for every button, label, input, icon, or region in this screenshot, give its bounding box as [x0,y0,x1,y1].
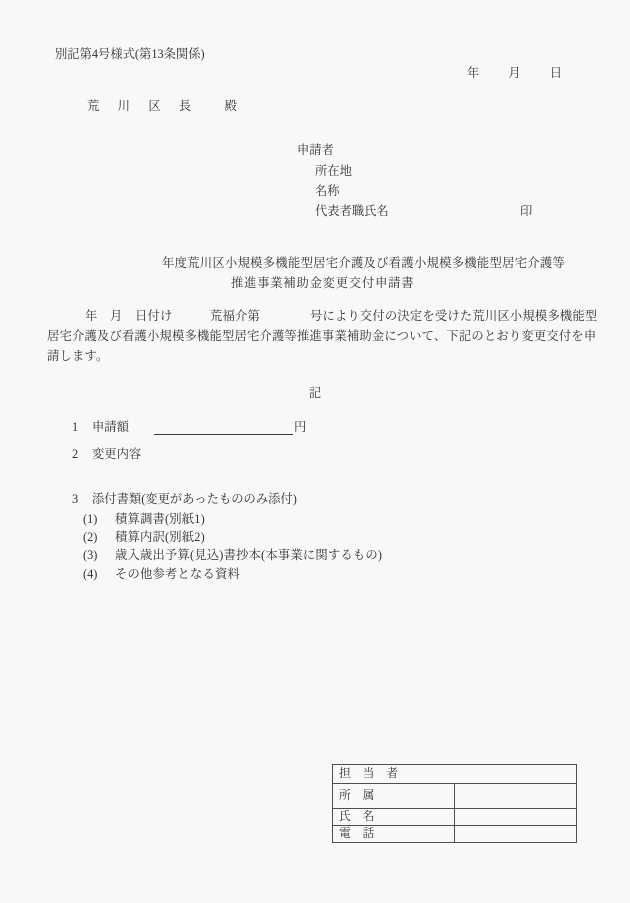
attachment-text: その他参考となる資料 [115,567,240,581]
form-number-note: 別記第4号様式(第13条関係) [55,47,205,61]
document-title-line2: 推進事業補助金変更交付申請書 [231,276,414,290]
item2-label: 変更内容 [92,447,141,461]
attachment-item: (3) 歳入歳出予算(見込)書抄本(本事業に関するもの) [83,548,543,562]
applicant-label: 申請者 [297,143,334,157]
table-row: 氏 名 [333,809,577,826]
name-value-cell [455,809,577,826]
table-row: 電 話 [333,826,577,843]
attachment-item: (2) 積算内訳(別紙2) [83,530,543,544]
applicant-address-label: 所在地 [315,164,352,178]
contact-table: 担 当 者 所 属 氏 名 電 話 [332,764,577,843]
item2-number: 2 [72,447,78,461]
department-label: 所 属 [333,784,455,809]
item3-label: 添付書類(変更があったもののみ添付) [92,492,297,506]
attachment-text: 積算調書(別紙1) [115,512,205,526]
document-title-line1: 年度荒川区小規模多機能型居宅介護及び看護小規模多機能型居宅介護等 [162,256,565,270]
attachment-item: (1) 積算調書(別紙1) [83,512,543,526]
attachment-marker: (3) [83,548,115,562]
phone-value-cell [455,826,577,843]
body-paragraph-line3: 請します。 [47,349,109,363]
attachment-marker: (1) [83,512,115,526]
amount-blank-field [154,421,293,435]
applicant-name-label: 名称 [315,184,340,198]
table-row: 所 属 [333,784,577,809]
contact-table-header-row: 担 当 者 [333,765,577,784]
applicant-representative-label: 代表者職氏名 [315,204,389,218]
department-value-cell [455,784,577,809]
item1-unit-label: 円 [294,420,306,434]
seal-mark: 印 [520,204,532,218]
phone-label: 電 話 [333,826,455,843]
item1-label: 申請額 [92,420,129,434]
document-page: { "theme": { "background": "#f8f8f8", "t… [0,0,630,903]
attachment-text: 歳入歳出予算(見込)書抄本(本事業に関するもの) [115,548,382,562]
record-marker: 記 [0,386,630,400]
attachment-item: (4) その他参考となる資料 [83,567,543,581]
attachment-marker: (4) [83,567,115,581]
attachment-marker: (2) [83,530,115,544]
body-paragraph-line2: 居宅介護及び看護小規模多機能型居宅介護等推進事業補助金について、下記のとおり変更… [47,329,596,343]
name-label: 氏 名 [333,809,455,826]
attachment-text: 積算内訳(別紙2) [115,530,205,544]
date-field: 年 月 日 [467,66,564,80]
body-paragraph-line1: 年 月 日付け 荒福介第 号により交付の決定を受けた荒川区小規模多機能型 [47,309,597,323]
item1-number: 1 [72,420,78,434]
item3-number: 3 [72,492,78,506]
addressee-line: 荒 川 区 長 殿 [87,99,240,113]
contact-table-header: 担 当 者 [333,765,577,784]
